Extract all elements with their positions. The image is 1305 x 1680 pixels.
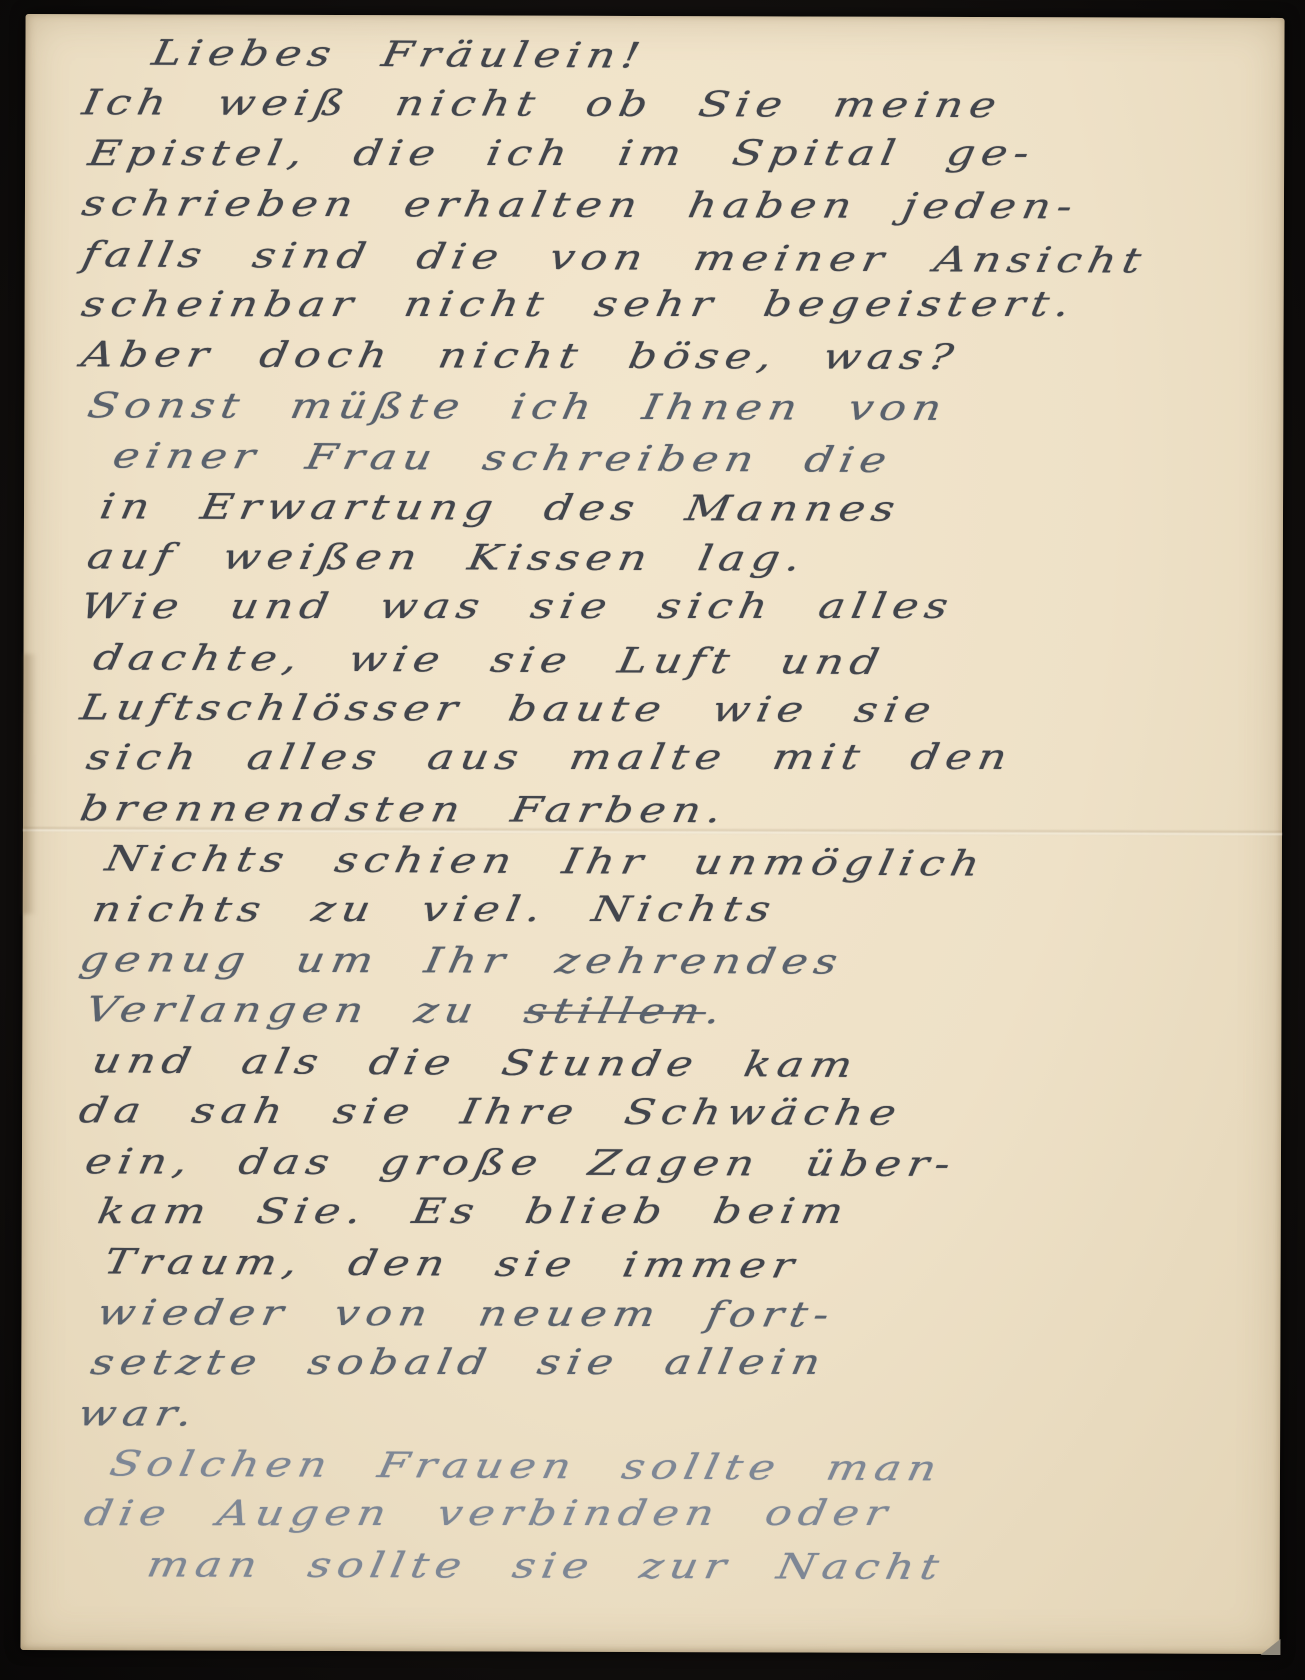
letter-line: da sah sie Ihre Schwäche	[56, 1086, 1305, 1141]
letter-line: auf weißen Kissen lag.	[58, 532, 1305, 587]
letter-line: schrieben erhalten haben jeden-	[59, 179, 1305, 234]
letter-line: man sollte sie zur Nacht	[55, 1540, 1305, 1595]
letter-line: setzte sobald sie allein	[55, 1338, 1305, 1389]
letter-line: Sonst müßte ich Ihnen von	[58, 381, 1305, 436]
letter-line: Epistel, die ich im Spital ge-	[59, 128, 1305, 179]
letter-line: Wie und was sie sich alles	[58, 582, 1305, 633]
letter-line: wieder von neuem fort-	[55, 1288, 1305, 1343]
letter-line: scheinbar nicht sehr begeistert.	[59, 280, 1305, 331]
paper-edge-shadow	[23, 654, 38, 914]
letter-line: in Erwartung des Mannes	[58, 482, 1305, 537]
letter-line: sich alles aus malte mit den	[57, 733, 1305, 784]
letter-line: war.	[55, 1389, 1305, 1444]
letter-line: die Augen verbinden oder	[55, 1489, 1305, 1540]
scanned-letter-page: Liebes Fräulein!Ich weiß nicht ob Sie me…	[0, 0, 1305, 1680]
underlined-word: stillen	[521, 992, 709, 1033]
paper-sheet: Liebes Fräulein!Ich weiß nicht ob Sie me…	[20, 14, 1284, 1654]
letter-line: brennendsten Farben.	[57, 784, 1305, 839]
handwritten-text-block: Liebes Fräulein!Ich weiß nicht ob Sie me…	[54, 28, 1305, 1635]
letter-line: kam Sie. Es blieb beim	[56, 1187, 1305, 1238]
letter-line: Ich weiß nicht ob Sie meine	[59, 79, 1305, 134]
letter-line: ein, das große Zagen über-	[56, 1137, 1305, 1192]
dog-ear-corner	[1260, 1639, 1280, 1655]
letter-line: Aber doch nicht böse, was?	[58, 331, 1305, 386]
letter-line: genug um Ihr zehrendes	[57, 935, 1305, 990]
letter-line: nichts zu viel. Nichts	[57, 884, 1305, 935]
letter-line: Luftschlösser baute wie sie	[57, 683, 1305, 738]
letter-line: Verlangen zu stillen.	[56, 986, 1305, 1041]
